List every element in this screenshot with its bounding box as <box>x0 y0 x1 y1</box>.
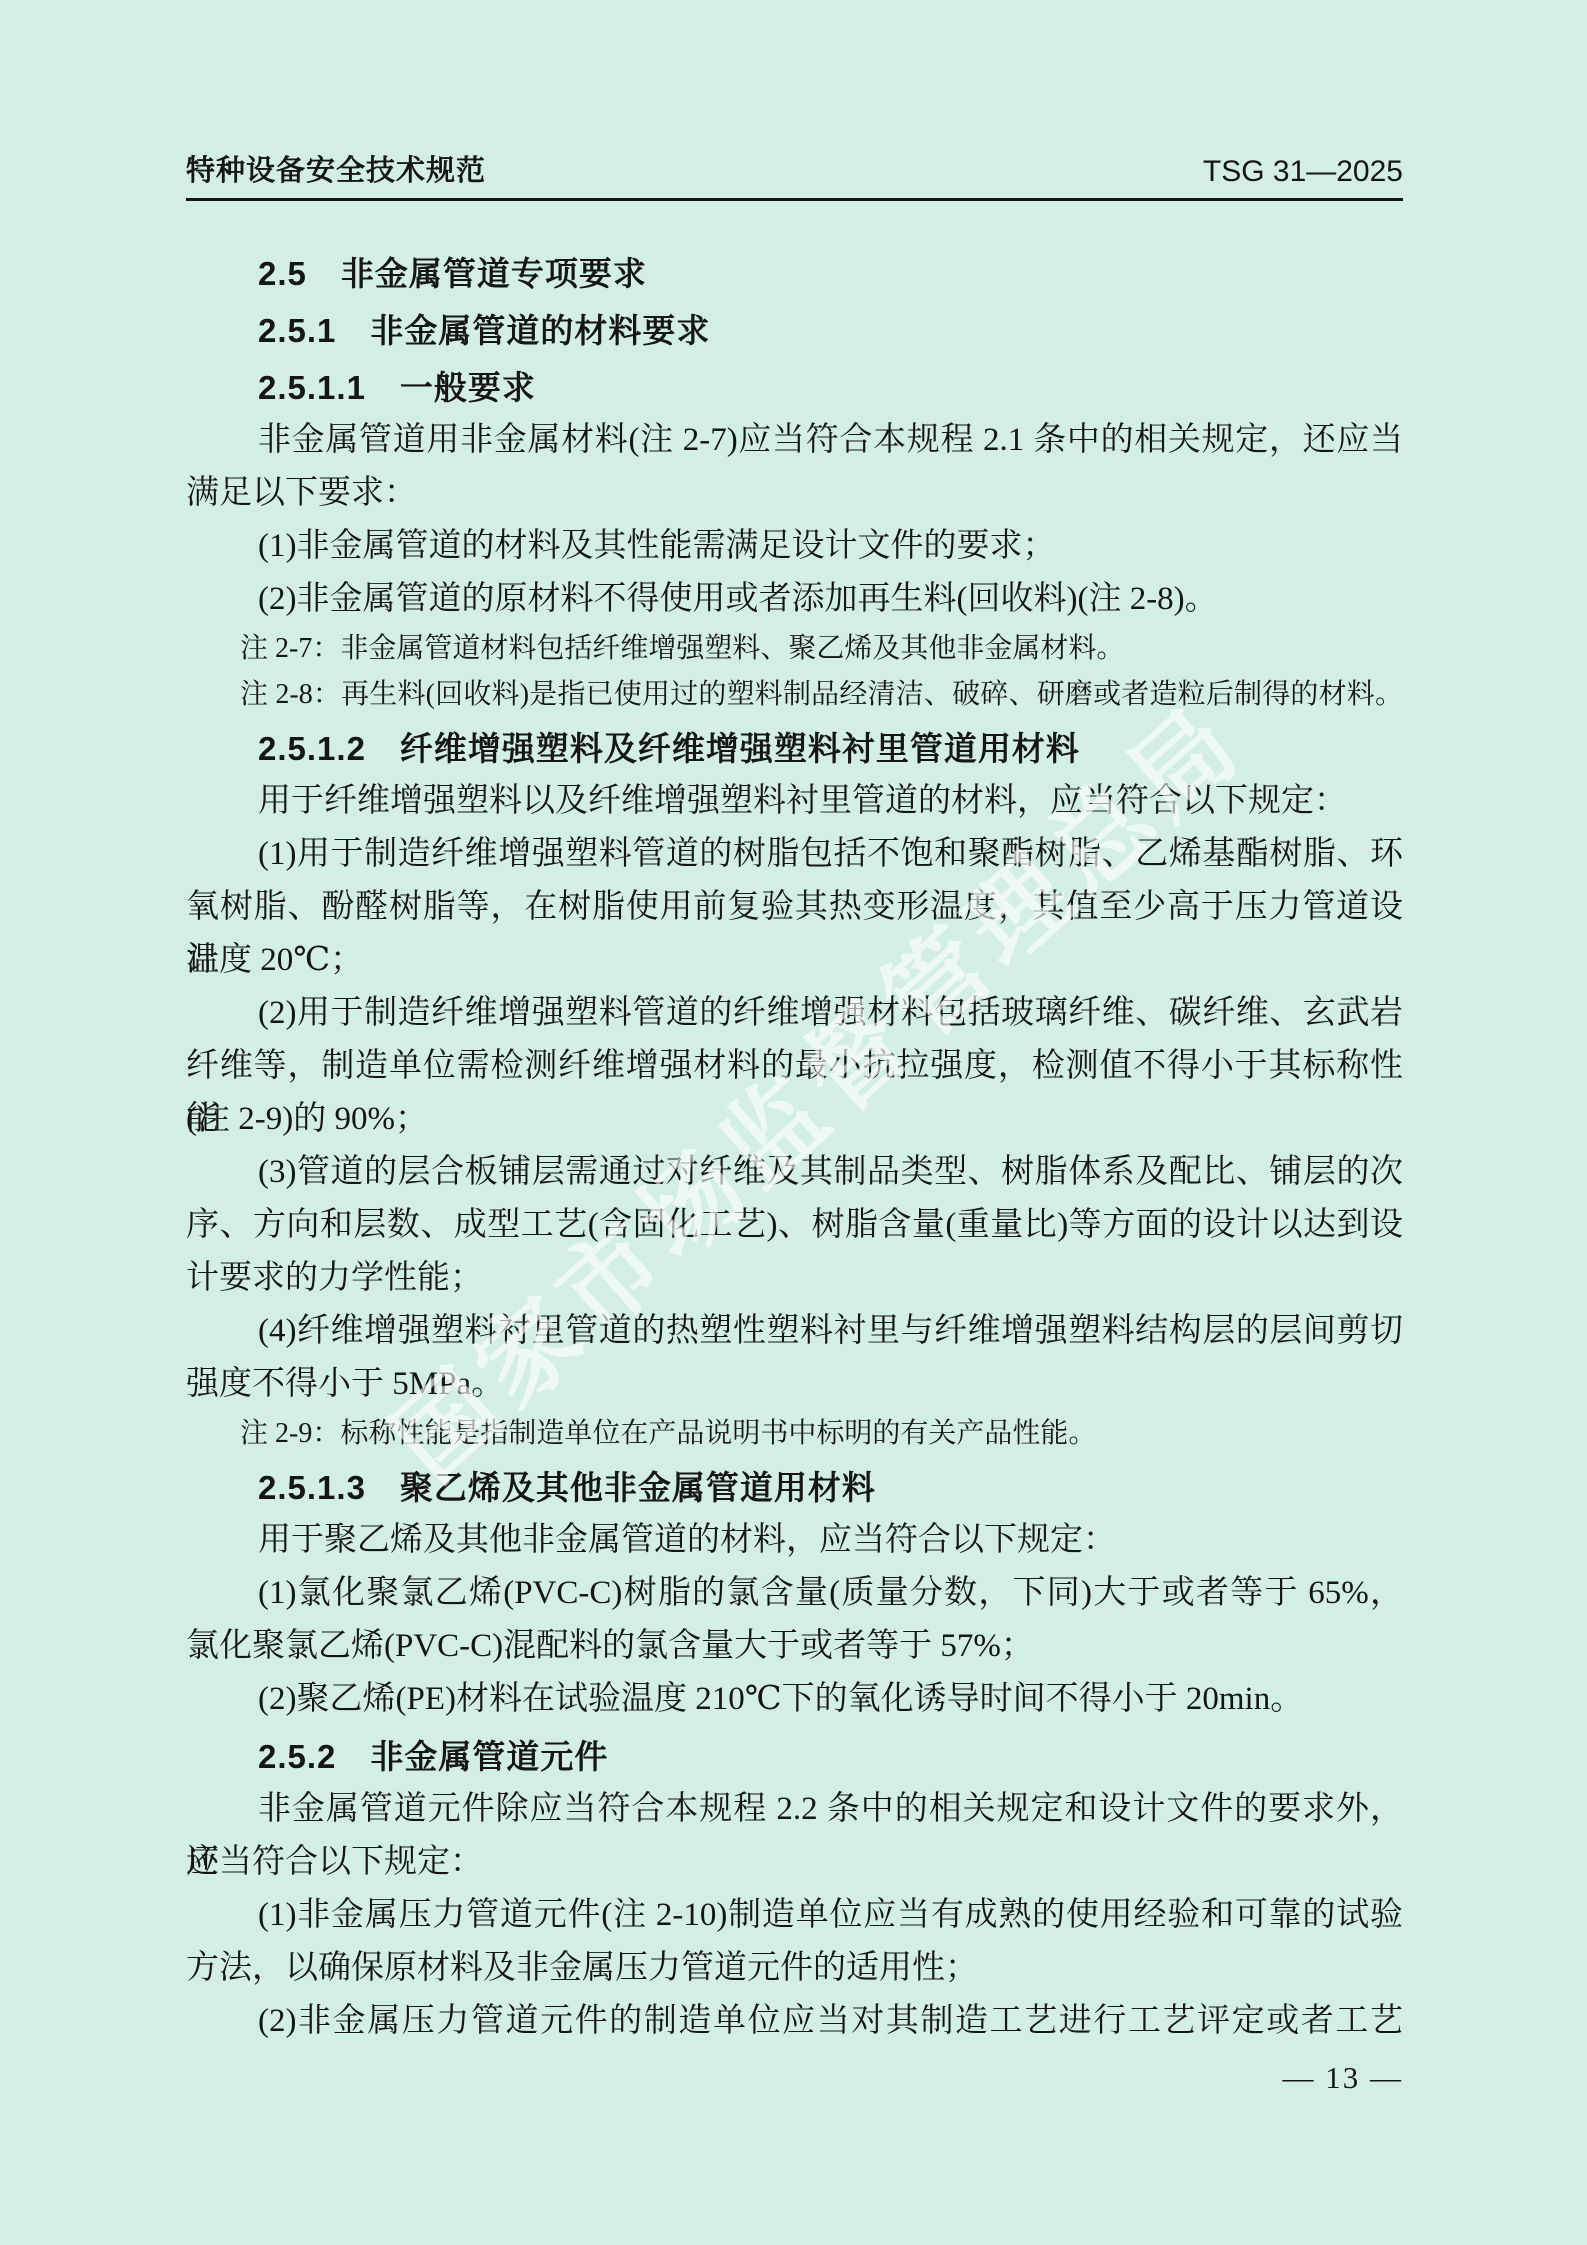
text-line: 氯化聚氯乙烯(PVC-C)混配料的氯含量大于或者等于 57%； <box>186 1620 1403 1673</box>
text-line: (1)用于制造纤维增强塑料管道的树脂包括不饱和聚酯树脂、乙烯基酯树脂、环 <box>186 828 1403 881</box>
text-line: 2.5.2 非金属管道元件 <box>186 1730 1403 1783</box>
text-line: 2.5.1.3 聚乙烯及其他非金属管道用材料 <box>186 1461 1403 1514</box>
text-line: 温度 20℃； <box>186 934 1403 987</box>
text-line: 注 2-9：标称性能是指制造单位在产品说明书中标明的有关产品性能。 <box>186 1411 1403 1457</box>
text-line: (2)非金属管道的原材料不得使用或者添加再生料(回收料)(注 2-8)。 <box>186 573 1403 626</box>
header-document-code: TSG 31—2025 <box>1203 155 1403 189</box>
document-body: 2.5 非金属管道专项要求2.5.1 非金属管道的材料要求2.5.1.1 一般要… <box>186 243 1403 2048</box>
text-line: 非金属管道用非金属材料(注 2-7)应当符合本规程 2.1 条中的相关规定，还应… <box>186 414 1403 467</box>
text-line: 满足以下要求： <box>186 467 1403 520</box>
text-line: (2)用于制造纤维增强塑料管道的纤维增强材料包括玻璃纤维、碳纤维、玄武岩 <box>186 987 1403 1040</box>
document-page: 特种设备安全技术规范 TSG 31—2025 2.5 非金属管道专项要求2.5.… <box>0 0 1587 2245</box>
text-line: 非金属管道元件除应当符合本规程 2.2 条中的相关规定和设计文件的要求外，还 <box>186 1783 1403 1836</box>
text-line: (1)非金属压力管道元件(注 2-10)制造单位应当有成熟的使用经验和可靠的试验 <box>186 1889 1403 1942</box>
text-line: (4)纤维增强塑料衬里管道的热塑性塑料衬里与纤维增强塑料结构层的层间剪切 <box>186 1305 1403 1358</box>
text-line: (3)管道的层合板铺层需通过对纤维及其制品类型、树脂体系及配比、铺层的次 <box>186 1146 1403 1199</box>
text-line: 用于纤维增强塑料以及纤维增强塑料衬里管道的材料，应当符合以下规定： <box>186 775 1403 828</box>
text-line: 2.5.1 非金属管道的材料要求 <box>186 304 1403 357</box>
text-line: 计要求的力学性能； <box>186 1252 1403 1305</box>
text-line: 方法，以确保原材料及非金属压力管道元件的适用性； <box>186 1942 1403 1995</box>
text-line: (注 2-9)的 90%； <box>186 1093 1403 1146</box>
text-line: (1)非金属管道的材料及其性能需满足设计文件的要求； <box>186 520 1403 573</box>
text-line: (2)非金属压力管道元件的制造单位应当对其制造工艺进行工艺评定或者工艺 <box>186 1995 1403 2048</box>
text-line: (2)聚乙烯(PE)材料在试验温度 210℃下的氧化诱导时间不得小于 20min… <box>186 1673 1403 1726</box>
text-line: 注 2-7：非金属管道材料包括纤维增强塑料、聚乙烯及其他非金属材料。 <box>186 626 1403 672</box>
text-line: 2.5.1.1 一般要求 <box>186 361 1403 414</box>
text-line: 注 2-8：再生料(回收料)是指已使用过的塑料制品经清洁、破碎、研磨或者造粒后制… <box>186 672 1403 718</box>
text-line: 用于聚乙烯及其他非金属管道的材料，应当符合以下规定： <box>186 1514 1403 1567</box>
text-line: 强度不得小于 5MPa。 <box>186 1358 1403 1411</box>
text-line: 应当符合以下规定： <box>186 1836 1403 1889</box>
text-line: 氧树脂、酚醛树脂等，在树脂使用前复验其热变形温度，其值至少高于压力管道设计 <box>186 881 1403 934</box>
text-line: 序、方向和层数、成型工艺(含固化工艺)、树脂含量(重量比)等方面的设计以达到设 <box>186 1199 1403 1252</box>
text-line: 2.5.1.2 纤维增强塑料及纤维增强塑料衬里管道用材料 <box>186 722 1403 775</box>
page-header: 特种设备安全技术规范 TSG 31—2025 <box>186 148 1403 201</box>
header-title: 特种设备安全技术规范 <box>186 148 486 189</box>
text-line: (1)氯化聚氯乙烯(PVC-C)树脂的氯含量(质量分数，下同)大于或者等于 65… <box>186 1567 1403 1620</box>
text-line: 纤维等，制造单位需检测纤维增强材料的最小抗拉强度，检测值不得小于其标称性能 <box>186 1040 1403 1093</box>
page-number: — 13 — <box>186 2060 1403 2096</box>
text-line: 2.5 非金属管道专项要求 <box>186 247 1403 300</box>
